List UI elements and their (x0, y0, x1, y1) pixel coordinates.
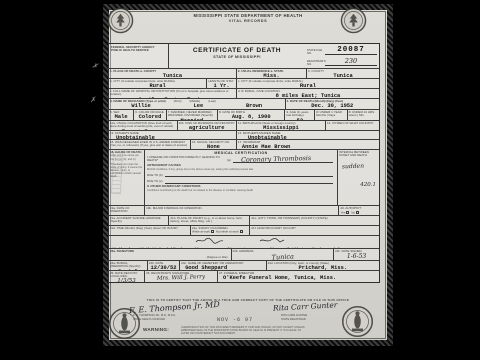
row-misc: 15. WAS DECEASED EVER IN U.S. ARMED FORC… (109, 139, 379, 149)
health-officer-caption: F. E. THOMPSON JR., M.D., M.P.H. STATE H… (133, 314, 176, 321)
row-registrar: 25. DATE REC'D BY LOCAL REG. 1/3/53 26. … (109, 270, 379, 282)
checkbox-icon (356, 211, 359, 214)
accident-type-label: 21a. ACCIDENT SUICIDE HOMICIDE (Specify) (110, 217, 167, 224)
registrar-signature-handwriting: Mrs. Will J. Perry (146, 274, 216, 282)
cause-of-death-sidebar: 18. CAUSE OF DEATH Enter only one cause … (109, 150, 145, 205)
field-rural-location: d. IF RURAL, GIVE LOCATION 8 miles East;… (236, 89, 379, 98)
field-age: 9. AGE (In years last birthday) 52 (284, 110, 314, 120)
cause-code-handwriting: 420.1 (360, 182, 376, 188)
row-accident-1: 21a. ACCIDENT SUICIDE HOMICIDE (Specify)… (109, 215, 379, 225)
cause-of-death-handwriting: Coronary Thrombosis (241, 154, 311, 164)
field-under-1-year: IF UNDER 1 YEAR Months | Days (314, 110, 346, 120)
armed-forces-label: 15. WAS DECEASED EVER IN U.S. ARMED FORC… (110, 141, 189, 148)
autopsy-no-label: No (351, 210, 355, 214)
field-burial-type: 24a. BURIAL, CREMATION (Specify) Burial (109, 261, 147, 270)
while-at-work-label: While at work (192, 229, 210, 233)
field-occupation: 10a. USUAL OCCUPATION (Give kind of work… (109, 121, 177, 130)
state-file-label: STATE FILE NO. (307, 49, 325, 55)
informant-value: Annie Mae Brown (238, 144, 378, 149)
vital-records-header: VITAL RECORDS (103, 19, 393, 23)
row-occupation: 10a. USUAL OCCUPATION (Give kind of work… (109, 120, 379, 130)
state-registrar-name: RITA CARR GUNTER (281, 314, 307, 318)
field-funeral-director: 27. FUNERAL DIRECTOR O'Keefe Funeral Hom… (217, 271, 379, 282)
burial-type-label: 24a. BURIAL, CREMATION (Specify) (110, 262, 146, 269)
field-operation-findings: 19b. MAJOR FINDINGS OF OPERATION (144, 206, 338, 215)
field-date-of-birth: 8. DATE OF BIRTH Aug. 8, 1900 (217, 110, 285, 120)
health-officer-name: F. E. THOMPSON JR., M.D., M.P.H. (133, 314, 176, 318)
certificate-title: CERTIFICATE OF DEATH (169, 47, 305, 54)
field-injury-time: 21d. TIME (Month) (Day) (Year) (Hour) OF… (109, 226, 190, 235)
line-a-prefix: (a) (227, 159, 231, 162)
date-received-label: 25. DATE REC'D BY LOCAL REG. (110, 272, 143, 279)
department-header: MISSISSIPPI STATE DEPARTMENT OF HEALTH (103, 13, 393, 18)
autopsy-label: 20. AUTOPSY? (340, 207, 378, 210)
field-autopsy: 20. AUTOPSY? Yes No (338, 206, 379, 215)
interval-handwriting: sudden (342, 163, 364, 171)
age-label: 9. AGE (In years last birthday) (286, 111, 313, 118)
occupation-value: Tenant Farmer (110, 129, 176, 130)
place-city-value: Rural (110, 83, 205, 88)
race-value: Colored (135, 114, 164, 120)
field-race: 6. COLOR OR RACE Colored (133, 110, 165, 120)
burial-date-value: 12/30/52 (149, 265, 178, 270)
funeral-director-value: O'Keefe Funeral Home, Tunica, Miss. (219, 275, 378, 281)
field-certify-statement: 22. I hereby certify that I attended the… (109, 236, 379, 248)
date-stamp: NOV -6 97 (217, 317, 253, 323)
field-place-city: b. CITY (If outside corporate limits, wr… (109, 79, 206, 88)
field-mother: 14. MOTHER'S MAIDEN NAME Unobtainable (236, 131, 379, 139)
interval-label: INTERVAL BETWEEN ONSET AND DEATH (339, 151, 378, 158)
field-date-of-death: 4. DATE OF DEATH (Month) (Day) (Year) De… (285, 99, 380, 109)
field-burial-location: 24d. LOCATION (City, town, or county) (S… (266, 261, 379, 270)
stay-value: 1 Yr. (208, 83, 235, 88)
citizen-label: 12. CITIZEN OF WHAT COUNTRY (327, 122, 378, 125)
burial-location-value: Prichard, Miss. (268, 265, 378, 270)
agency-line2: PUBLIC HEALTH SERVICE (111, 49, 166, 52)
under1-label: IF UNDER 1 YEAR Months | Days (316, 111, 345, 118)
field-father: 13. FATHER'S NAME Unobtainable (109, 131, 236, 139)
field-physician-address: 23b. ADDRESS Tunica (231, 249, 334, 260)
injury-time-label: 21d. TIME (Month) (Day) (Year) (Hour) OF… (110, 227, 189, 230)
signature-label: 23a. SIGNATURE (110, 250, 230, 253)
field-physician-signature: 23a. SIGNATURE (Degree or title) (109, 249, 231, 260)
field-burial-date: 24b. DATE 12/30/52 (147, 261, 179, 270)
field-ssn: 16. SOCIAL SECURITY NO. None (190, 140, 236, 149)
injury-city-label: 21c. (CITY, TOWN, OR TOWNSHIP) (COUNTY) … (251, 217, 378, 220)
row-personal: 5. SEX Male 6. COLOR OR RACE Colored 7. … (109, 109, 379, 120)
antecedent-note: Morbid conditions, if any, giving rise t… (147, 168, 335, 171)
field-under-24-hrs: IF UNDER 24 HRS. Hours | Min. (347, 110, 379, 120)
row-certify-statement: 22. I hereby certify that I attended the… (109, 235, 379, 248)
field-industry: 10b. KIND OF BUSINESS OR INDUSTRY agricu… (177, 121, 236, 130)
operation-date-label: 19a. DATE OF OPERATION (110, 207, 143, 214)
warning-label: WARNING: (143, 327, 169, 332)
checkbox-icon (240, 230, 243, 233)
field-date-received: 25. DATE REC'D BY LOCAL REG. 1/3/53 (109, 271, 144, 282)
state-registrar-caption: RITA CARR GUNTER STATE REGISTRAR (281, 314, 307, 321)
occupation-label: 10a. USUAL OCCUPATION (Give kind of work… (110, 122, 176, 129)
age-value: 52 (286, 118, 313, 120)
marital-label: 7. MARRIED, NEVER MARRIED, WIDOWED, DIVO… (168, 111, 216, 118)
place-county-value: Tunica (110, 73, 235, 78)
certificate-form: FEDERAL SECURITY AGENCY PUBLIC HEALTH SE… (108, 43, 380, 283)
medical-main: MEDICAL CERTIFICATION I. DISEASE OR COND… (145, 150, 337, 205)
row-name-dod: 3. NAME OF DECEASED (Type or print) (Fir… (109, 98, 379, 109)
institution-label: c. FULL NAME OF HOSPITAL OR INSTITUTION … (110, 90, 235, 97)
due-to-b-label: DUE TO (b) (147, 174, 163, 177)
findings-label: 19b. MAJOR FINDINGS OF OPERATION (146, 207, 337, 210)
embossed-seal-icon (341, 305, 374, 338)
row-place-residence: 1. PLACE OF DEATH a. COUNTY Tunica 2. US… (109, 68, 379, 78)
state-registrar-signature: Rita Carr Gunter (273, 300, 338, 312)
state-registrar-title: STATE REGISTRAR (281, 318, 307, 322)
mother-value: Unobtainable (238, 135, 378, 139)
title-band: FEDERAL SECURITY AGENCY PUBLIC HEALTH SE… (109, 44, 379, 68)
certified-copy-line: THIS IS TO CERTIFY THAT THE ABOVE IS A T… (103, 298, 393, 302)
handwriting-scribble (195, 237, 225, 244)
field-injury-place: 21b. PLACE OF INJURY (e.g., in or about … (168, 216, 249, 225)
not-while-at-work-label: Not while at work (216, 229, 239, 233)
field-operation-date: 19a. DATE OF OPERATION (109, 206, 144, 215)
last-name-value: Brown (246, 103, 262, 109)
field-residence-state: 2. USUAL RESIDENCE a. STATE Miss. (236, 69, 306, 78)
other-conditions-note: Conditions contributing to the death but… (147, 189, 335, 192)
field-marital: 7. MARRIED, NEVER MARRIED, WIDOWED, DIVO… (166, 110, 217, 120)
cause-line: Coronary Thrombosis (233, 158, 333, 163)
field-birthplace: 11. BIRTHPLACE (State or foreign country… (236, 121, 325, 130)
field-injury-city: 21c. (CITY, TOWN, OR TOWNSHIP) (COUNTY) … (249, 216, 379, 225)
registrar-number: 230 (325, 57, 377, 66)
certify-statement-text: 22. I hereby certify that I attended the… (112, 247, 370, 248)
due-to-c-label: DUE TO (c) (147, 180, 163, 183)
interval-column: INTERVAL BETWEEN ONSET AND DEATH sudden … (337, 150, 379, 205)
field-registrar-signature: 26. REGISTRAR'S SIGNATURE Mrs. Will J. P… (144, 271, 217, 282)
cause-note1: Enter only one cause per line for (a), (… (110, 154, 143, 160)
industry-value: agriculture (179, 125, 235, 130)
handwritten-mark: ✗ (89, 96, 96, 105)
field-residence-county: b. COUNTY Tunica (306, 69, 379, 78)
cemetery-value: Good Sheppard (181, 265, 264, 270)
autopsy-yes-label: Yes (340, 210, 345, 214)
burial-type-value: Burial (110, 269, 146, 270)
residence-county-value: Tunica (308, 73, 378, 78)
field-informant: 17. INFORMANT Annie Mae Brown (236, 140, 379, 149)
field-place-county: 1. PLACE OF DEATH a. COUNTY Tunica (109, 69, 236, 78)
row-burial: 24a. BURIAL, CREMATION (Specify) Burial … (109, 260, 379, 270)
ssn-value: None (192, 144, 235, 149)
due-to-b-line (165, 172, 333, 177)
last-sublabel: (Last) (208, 100, 216, 103)
residence-city-value: Rural (238, 83, 378, 88)
video-frame: ✗ ✗ (0, 0, 480, 360)
marital-value: Married (168, 118, 216, 120)
injury-place-label: 21b. PLACE OF INJURY (e.g., in or about … (170, 217, 248, 224)
field-injury-occurred: 21e. INJURY OCCURRED While at work Not w… (190, 226, 249, 235)
dob-value: Aug. 8, 1900 (219, 114, 284, 120)
first-name-value: Willie (131, 103, 150, 109)
medical-certification-block: 18. CAUSE OF DEATH Enter only one cause … (109, 149, 379, 205)
first-sublabel: (First) (174, 100, 182, 103)
field-institution: c. FULL NAME OF HOSPITAL OR INSTITUTION … (109, 89, 236, 98)
residence-state-value: Miss. (238, 73, 305, 78)
health-officer-title: STATE HEALTH OFFICER (133, 318, 176, 322)
health-officer-signature: F. E. Thompson Jr. MD (129, 300, 220, 315)
field-sex: 5. SEX Male (109, 110, 133, 120)
checkbox-icon (346, 211, 349, 214)
field-citizen: 12. CITIZEN OF WHAT COUNTRY (325, 121, 379, 130)
sex-value: Male (110, 114, 132, 120)
file-number-block: STATE FILE NO. 20087 REGISTRAR'S NO. 230 (305, 44, 379, 68)
field-accident-type: 21a. ACCIDENT SUICIDE HOMICIDE (Specify) (109, 216, 168, 225)
field-armed-forces: 15. WAS DECEASED EVER IN U.S. ARMED FORC… (109, 140, 190, 149)
field-deceased-name: 3. NAME OF DECEASED (Type or print) (Fir… (109, 99, 285, 109)
under24-label: IF UNDER 24 HRS. Hours | Min. (349, 111, 378, 118)
birthplace-value: Mississippi (238, 125, 324, 130)
disease-label: I. DISEASE OR CONDITION DIRECTLY LEADING… (147, 156, 227, 163)
field-how-injury: 21f. HOW DID INJURY OCCUR? (249, 226, 379, 235)
handwriting-scribble (259, 237, 285, 244)
row-location: c. FULL NAME OF HOSPITAL OR INSTITUTION … (109, 88, 379, 98)
row-parents: 13. FATHER'S NAME Unobtainable 14. MOTHE… (109, 130, 379, 139)
certificate-title-block: CERTIFICATE OF DEATH STATE OF MISSISSIPP… (169, 44, 305, 68)
row-operation: 19a. DATE OF OPERATION 19b. MAJOR FINDIN… (109, 205, 379, 215)
how-injury-label: 21f. HOW DID INJURY OCCUR? (251, 227, 378, 230)
row-physician: 23a. SIGNATURE (Degree or title) 23b. AD… (109, 248, 379, 260)
warning-text: A REPRODUCTION OF THIS DOCUMENT RENDERS … (181, 326, 309, 336)
cause-note2: *This does not mean the mode of dying. I… (110, 163, 143, 179)
father-value: Unobtainable (110, 135, 235, 139)
rural-location-value: 8 miles East; Tunica (238, 93, 378, 98)
degree-sublabel: (Degree or title) (207, 256, 228, 259)
institution-value: 8 miles East ; Tunica (110, 97, 235, 98)
field-cemetery: 24c. NAME OF CEMETERY OR CREMATORY Good … (179, 261, 265, 270)
row-accident-2: 21d. TIME (Month) (Day) (Year) (Hour) OF… (109, 225, 379, 235)
date-signed-handwriting: 1-6-53 (335, 253, 378, 260)
row-city: b. CITY (If outside corporate limits, wr… (109, 78, 379, 88)
field-date-signed: 23c. DATE SIGNED 1-6-53 (333, 249, 379, 260)
physician-signature-scribble (116, 258, 196, 260)
registrar-no-label: REGISTRAR'S NO. (307, 60, 325, 66)
agency-box: FEDERAL SECURITY AGENCY PUBLIC HEALTH SE… (109, 44, 169, 68)
dod-value: Dec. 30, 1952 (287, 103, 379, 109)
field-residence-city: c. CITY (If outside corporate limits, wr… (236, 79, 379, 88)
date-received-handwriting: 1/3/53 (110, 278, 143, 282)
certificate-subtitle: STATE OF MISSISSIPPI (169, 55, 305, 59)
death-certificate-document: MISSISSIPPI STATE DEPARTMENT OF HEALTH V… (103, 4, 393, 346)
state-file-number: 20087 (325, 46, 377, 55)
handwritten-mark: ✗ (91, 61, 98, 70)
field-length-of-stay: LENGTH OF STAY 1 Yr. (206, 79, 236, 88)
checkbox-icon (211, 230, 214, 233)
middle-name-value: Lee (194, 103, 204, 109)
due-to-c-line (165, 179, 333, 184)
